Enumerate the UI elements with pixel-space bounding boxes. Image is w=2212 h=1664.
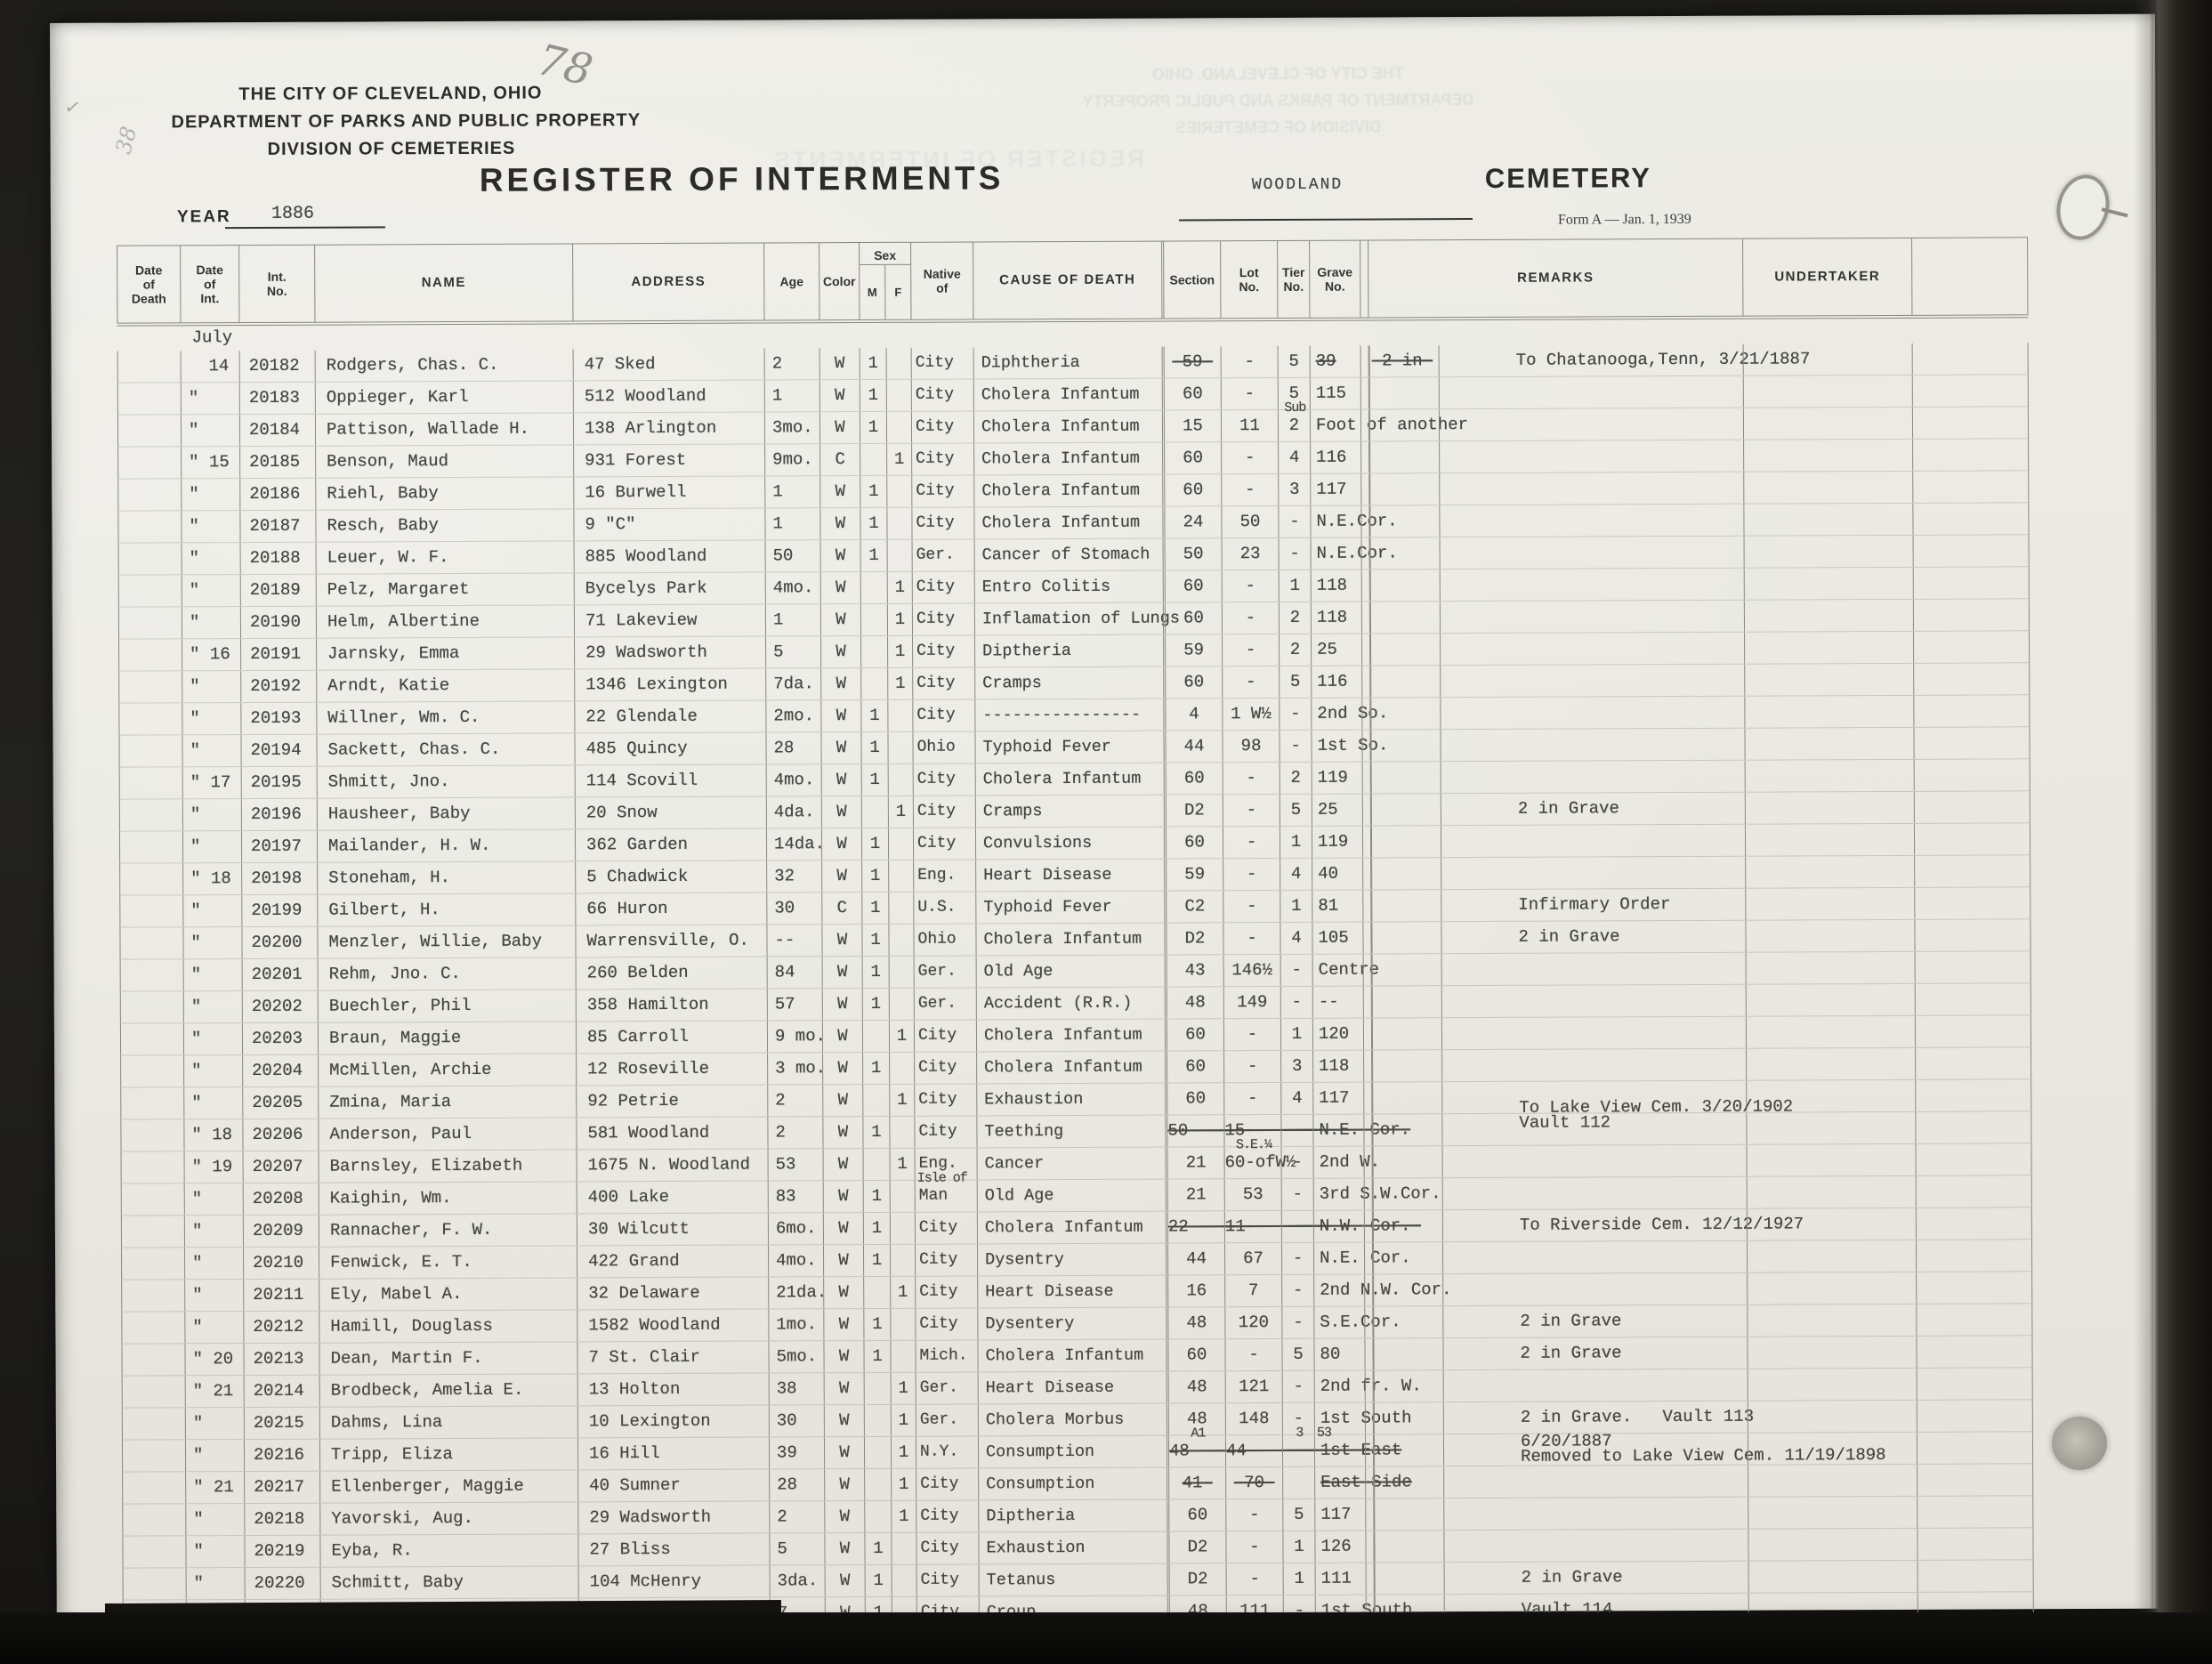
cell-tier-no: - xyxy=(1278,506,1310,537)
cell-cause-of-death: Heart Disease xyxy=(975,860,1164,892)
cell-native-of: City xyxy=(916,1500,978,1531)
cell-cause-of-death: Diphtheria xyxy=(973,347,1162,379)
cell-age: 28 xyxy=(765,732,820,763)
cell-date-of-death xyxy=(119,671,182,702)
cell-grave-no: 118 xyxy=(1311,570,1361,602)
cell-tier-no: 2 xyxy=(1279,634,1311,666)
cell-undertaker xyxy=(1748,1433,1917,1465)
cell-date-of-int: " xyxy=(183,1023,242,1054)
cell-gap xyxy=(1362,763,1371,794)
cell-grave-no: 2nd N.W. Cor. xyxy=(1313,1275,1364,1306)
cell-section: 60 xyxy=(1162,378,1221,409)
cell-sex-f: 1 xyxy=(889,1085,914,1116)
cell-name: Buechler, Phil xyxy=(318,990,576,1022)
cell-sex-f xyxy=(886,508,911,539)
cell-remarks xyxy=(1440,537,1744,569)
cell-sex-f xyxy=(889,989,914,1020)
cell-name: Leuer, W. F. xyxy=(316,541,574,573)
cell-native-of: U.S. xyxy=(913,892,975,923)
cell-lot-no: - xyxy=(1222,634,1279,666)
cell-age: 30 xyxy=(769,1405,824,1436)
cell-sex-m xyxy=(860,572,887,603)
cell-grave-no: 118 xyxy=(1311,602,1361,634)
cell-extra xyxy=(1916,1336,2033,1368)
cell-color: W xyxy=(824,1469,864,1500)
cell-grave-no: -- xyxy=(1312,987,1363,1018)
cell-native-of: City xyxy=(916,1564,979,1595)
cell-int-no: 20185 xyxy=(239,447,315,478)
cell-sex-m: 1 xyxy=(862,1117,889,1148)
cell-lot-no: 44------- xyxy=(1225,1435,1282,1466)
col-header-section: Section xyxy=(1161,241,1220,318)
cell-sex-f xyxy=(890,1213,915,1244)
cell-sex-m: 1 xyxy=(861,893,888,924)
cell-age: 1mo. xyxy=(768,1309,823,1340)
cell-tier-no: - xyxy=(1279,731,1311,762)
cell-extra xyxy=(1917,1432,2034,1464)
cell-sex-f xyxy=(886,412,911,443)
cell-gap xyxy=(1363,1115,1372,1146)
cell-tier-no: 2 xyxy=(1279,602,1311,634)
cemetery-label: CEMETERY xyxy=(1485,162,1651,195)
cell-date-of-death xyxy=(120,927,182,958)
cell-name: Hausheer, Baby xyxy=(317,797,575,829)
cell-lot-no: - xyxy=(1223,1051,1280,1082)
cell-remarks xyxy=(1439,408,1743,440)
cell-color: W xyxy=(821,796,861,828)
cell-sex-f: 1 xyxy=(890,1149,915,1180)
cell-native-of: City xyxy=(912,571,974,602)
cell-undertaker xyxy=(1748,1497,1917,1529)
cell-age: 2mo. xyxy=(765,700,820,731)
cell-extra xyxy=(1914,759,2031,791)
cell-undertaker xyxy=(1746,984,1915,1016)
cell-date-of-death xyxy=(121,991,183,1022)
cell-date-of-int: " 18 xyxy=(182,863,241,894)
cell-address: 260 Belden xyxy=(576,957,767,989)
cell-undertaker xyxy=(1748,1465,1917,1497)
cell-age: 83 xyxy=(768,1181,823,1212)
cell-sex-f xyxy=(887,700,912,731)
cell-int-no: 20216 xyxy=(244,1440,319,1471)
cell-extra xyxy=(1916,1208,2033,1240)
cell-undertaker xyxy=(1748,1369,1917,1401)
cell-int-no: 20195 xyxy=(241,767,317,798)
cell-gap xyxy=(1365,1467,1374,1498)
cell-age: 4mo. xyxy=(768,1245,823,1276)
cell-sex-f: 1 xyxy=(891,1501,916,1532)
cell-sex-m xyxy=(863,1149,890,1180)
cell-cause-of-death: Typhoid Fever xyxy=(975,892,1164,924)
cell-native-of: Ohio xyxy=(913,924,975,955)
cell-remarks xyxy=(1441,985,1746,1017)
cell-gap xyxy=(1360,346,1369,377)
cell-extra xyxy=(1915,1111,2032,1143)
cell-int-no: 20189 xyxy=(240,575,316,606)
cell-date-of-int: " xyxy=(183,959,242,990)
cell-section: 15 xyxy=(1162,410,1221,441)
cell-native-of: City xyxy=(915,1212,977,1243)
cell-age: 5 xyxy=(765,636,820,667)
cell-color: W xyxy=(824,1437,864,1468)
cell-extra xyxy=(1912,503,2030,535)
cell-extra xyxy=(1913,727,2030,759)
cell-remarks: 2 in Grave xyxy=(1441,921,1745,953)
cell-gap xyxy=(1365,1531,1374,1563)
cell-native-of: Ger. xyxy=(916,1404,978,1435)
cell-address: 358 Hamilton xyxy=(576,989,767,1021)
cell-undertaker xyxy=(1747,1176,1916,1208)
cell-color: W xyxy=(824,1501,864,1532)
cell-tier-no: 1 xyxy=(1280,1019,1312,1050)
cell-undertaker xyxy=(1745,792,1914,824)
cell-lot-no: -70- xyxy=(1225,1467,1282,1498)
cell-tier-no: - xyxy=(1281,1307,1313,1338)
cell-sex-f xyxy=(887,540,912,571)
cell-address: 29 Wadsworth xyxy=(577,1501,769,1533)
cell-color: W xyxy=(819,508,860,539)
cell-cause-of-death: Cholera Infantum xyxy=(973,379,1162,411)
cell-grave-no: 25 xyxy=(1311,634,1361,666)
cell-gap xyxy=(1360,410,1369,441)
cell-color: W xyxy=(820,636,860,667)
cell-section: 16 xyxy=(1166,1275,1224,1306)
cell-gap xyxy=(1361,731,1370,762)
cell-gap-note xyxy=(1374,1531,1443,1562)
cell-cause-of-death: Cholera Infantum xyxy=(973,411,1162,443)
cell-age: 2 xyxy=(767,1085,822,1116)
col-header-address: ADDRESS xyxy=(572,244,763,321)
cell-grave-no: 3rd S.W.Cor. xyxy=(1313,1179,1364,1210)
cell-section: 4 xyxy=(1163,699,1222,730)
cell-sex-f xyxy=(888,764,913,796)
cell-section: C2 xyxy=(1164,891,1223,922)
cell-date-of-int: 14 xyxy=(181,351,239,382)
cell-int-no: 20207 xyxy=(243,1151,319,1183)
cell-gap-note xyxy=(1373,1306,1442,1337)
cell-date-of-death xyxy=(121,1087,183,1119)
cell-sex-m: 1 xyxy=(860,348,886,379)
cell-sex-f: 1 xyxy=(887,668,912,699)
cell-grave-no: N.E.Cor. xyxy=(1311,538,1361,569)
cell-int-no: 20200 xyxy=(241,927,317,958)
cell-address: 5 Chadwick xyxy=(575,860,766,893)
cell-tier-no: - xyxy=(1281,1243,1313,1274)
cell-gap xyxy=(1363,1019,1372,1050)
cell-date-of-int: " 15 xyxy=(181,447,239,478)
cell-undertaker xyxy=(1748,1401,1917,1433)
cell-gap-note xyxy=(1370,666,1440,697)
cell-date-of-death xyxy=(121,959,183,990)
cell-remarks xyxy=(1440,633,1744,665)
cell-undertaker xyxy=(1744,664,1913,696)
cell-extra xyxy=(1913,535,2030,567)
cell-int-no: 20214 xyxy=(244,1376,319,1407)
cell-int-no: 20202 xyxy=(242,991,318,1022)
cell-int-no: 20215 xyxy=(244,1408,319,1439)
cell-section: 60 xyxy=(1163,570,1222,602)
cell-int-no: 20196 xyxy=(241,799,317,830)
cell-color: W xyxy=(823,1149,863,1180)
cell-extra xyxy=(1915,1079,2032,1111)
cell-sex-m: 1 xyxy=(862,989,889,1020)
cell-address: 47 Sked xyxy=(573,349,764,381)
cell-undertaker xyxy=(1746,1048,1915,1080)
cell-section: D2 xyxy=(1167,1563,1226,1595)
cell-age: 2 xyxy=(769,1501,824,1532)
cell-native-of: City xyxy=(911,411,973,442)
cell-native-of: City xyxy=(911,507,973,538)
cell-age: 3mo. xyxy=(764,412,819,443)
cell-tier-no: 5 xyxy=(1282,1499,1314,1531)
cell-grave-no: Foot of another xyxy=(1310,410,1360,441)
cell-address: 581 Woodland xyxy=(576,1117,767,1149)
cell-date-of-death xyxy=(118,511,181,542)
cell-undertaker xyxy=(1744,536,1913,568)
cell-address: 66 Huron xyxy=(575,893,766,925)
cell-grave-no: 105 xyxy=(1312,923,1362,954)
cell-sex-f: 1 xyxy=(891,1437,916,1468)
cell-gap xyxy=(1362,859,1371,890)
cell-gap xyxy=(1365,1435,1374,1466)
ledger-page: THE CITY OF CLEVELAND, OHIO DEPARTMENT O… xyxy=(50,14,2162,1618)
cell-sex-f xyxy=(888,860,913,892)
cell-grave-no: 126 xyxy=(1314,1531,1365,1563)
cell-sex-m: 1 xyxy=(863,1309,890,1340)
cell-address: 9 "C" xyxy=(573,508,764,540)
cell-section: 21 xyxy=(1166,1179,1224,1210)
table-body: July 1420182Rodgers, Chas. C.47 Sked2W1C… xyxy=(117,314,2033,1632)
cell-sex-m xyxy=(860,604,887,635)
cell-address: 32 Delaware xyxy=(577,1277,768,1309)
cell-tier-no: 1 xyxy=(1280,827,1312,858)
cell-sex-f: 1 xyxy=(886,444,911,475)
col-header-undertaker: UNDERTAKER xyxy=(1742,238,1911,316)
cell-remarks xyxy=(1442,1145,1747,1177)
cell-remarks xyxy=(1442,1241,1747,1273)
cell-color: W xyxy=(824,1373,864,1404)
cell-date-of-int: " xyxy=(185,1440,244,1471)
cell-native-of: City xyxy=(915,1308,977,1339)
cell-age: 1 xyxy=(764,380,819,411)
cell-section: 60 xyxy=(1162,442,1221,473)
cell-undertaker xyxy=(1748,1561,1917,1593)
cell-gap xyxy=(1364,1275,1373,1306)
month-label: July xyxy=(191,327,232,347)
cell-undertaker xyxy=(1746,1112,1915,1144)
cell-cause-of-death: Tetanus xyxy=(979,1564,1167,1596)
cell-native-of: City xyxy=(916,1532,978,1563)
cell-date-of-int: " xyxy=(182,799,241,830)
cell-age: 7da. xyxy=(765,668,820,699)
cell-tier-no xyxy=(1282,1467,1314,1498)
cell-date-of-death xyxy=(119,607,182,638)
cell-age: 84 xyxy=(767,957,822,988)
cell-lot-no: 50 xyxy=(1221,506,1278,537)
cell-native-of: Mich. xyxy=(915,1340,977,1371)
cell-date-of-death xyxy=(122,1312,184,1343)
cell-remarks xyxy=(1441,825,1745,857)
cell-grave-no: N.E. Cor. xyxy=(1313,1243,1364,1274)
cell-color: W xyxy=(820,572,860,603)
cell-tier-no: 5 xyxy=(1278,346,1310,377)
cell-int-no: 20182 xyxy=(239,351,315,382)
cell-remarks xyxy=(1441,857,1745,889)
cell-gap xyxy=(1363,1051,1372,1082)
cell-gap xyxy=(1360,442,1369,473)
cell-extra xyxy=(1917,1560,2035,1592)
cell-sex-m: 1 xyxy=(860,732,887,763)
cell-extra xyxy=(1916,1304,2033,1336)
cell-cause-of-death: Diptheria xyxy=(974,635,1163,667)
cell-extra xyxy=(1915,1047,2032,1079)
cell-tier-no: 1 xyxy=(1283,1563,1315,1595)
col-header-sex: Sex M F xyxy=(859,243,910,319)
cell-sex-f xyxy=(888,893,913,924)
cell-sex-f xyxy=(890,1181,915,1212)
cell-date-of-int: " xyxy=(182,895,241,926)
cell-lot-no: 23 xyxy=(1222,538,1279,569)
cell-lot-no: 120 xyxy=(1224,1307,1281,1338)
cell-extra xyxy=(1917,1528,2034,1560)
cell-sex-m: 1 xyxy=(860,380,886,411)
cell-gap-note xyxy=(1373,1210,1442,1241)
cell-extra xyxy=(1912,439,2030,471)
cell-section: A148---- xyxy=(1167,1435,1225,1466)
cell-name: Mailander, H. W. xyxy=(317,829,575,861)
cell-sex-f xyxy=(890,1245,915,1276)
cell-remarks: 2 in Grave xyxy=(1444,1562,1748,1594)
cell-tier-no: - xyxy=(1279,699,1311,730)
cell-cause-of-death: Teething xyxy=(976,1116,1165,1148)
cell-age: 4da. xyxy=(766,796,821,828)
cell-age: 6mo. xyxy=(768,1213,823,1244)
cell-undertaker xyxy=(1747,1337,1916,1369)
cell-age: 50 xyxy=(765,540,820,571)
cell-undertaker xyxy=(1748,1529,1917,1561)
cell-color: W xyxy=(819,412,860,443)
cell-section: 60 xyxy=(1166,1339,1224,1370)
cell-date-of-int: " xyxy=(182,703,240,734)
cell-remarks xyxy=(1441,1017,1746,1049)
form-note: Form A — Jan. 1, 1939 xyxy=(1558,212,1691,229)
cell-age: 2 xyxy=(764,348,819,379)
cell-native-of: Eng. xyxy=(913,860,975,891)
cell-sex-f xyxy=(890,1309,915,1340)
cell-undertaker xyxy=(1747,1272,1916,1305)
cell-int-no: 20186 xyxy=(239,479,315,510)
cell-date-of-death xyxy=(118,415,181,446)
cell-date-of-int: " 16 xyxy=(182,639,240,670)
cell-int-no: 20205 xyxy=(242,1087,318,1119)
cell-cause-of-death: Cholera Infantum xyxy=(975,763,1164,796)
cell-sex-m xyxy=(863,1277,890,1308)
cell-lot-no: - xyxy=(1222,666,1279,698)
cell-gap xyxy=(1365,1499,1374,1531)
cell-grave-no: N.W.-Cor.- xyxy=(1313,1211,1364,1242)
cell-lot-no: - xyxy=(1223,763,1280,794)
cell-address: 16 Hill xyxy=(577,1437,769,1469)
cell-gap-note xyxy=(1371,826,1441,857)
cell-date-of-int: " xyxy=(183,991,242,1022)
cell-remarks: 2 in Grave xyxy=(1442,1337,1747,1369)
cell-name: Rodgers, Chas. C. xyxy=(315,349,573,381)
cell-extra xyxy=(1914,855,2031,887)
cell-name: Anderson, Paul xyxy=(318,1118,576,1150)
cell-native-of: City xyxy=(913,796,975,827)
cell-cause-of-death: Cramps xyxy=(974,667,1163,699)
cell-age: 9mo. xyxy=(764,444,819,475)
cell-gap xyxy=(1361,634,1370,666)
cell-extra xyxy=(1912,375,2030,407)
cell-undertaker xyxy=(1744,632,1913,664)
cell-name: Ely, Mabel A. xyxy=(319,1278,577,1310)
cell-name: Yavorski, Aug. xyxy=(319,1502,577,1534)
cell-extra xyxy=(1914,919,2031,951)
cell-grave-no: N.E.-Cor. xyxy=(1312,1115,1363,1146)
cell-sex-m: 1 xyxy=(863,1341,890,1372)
cell-date-of-death xyxy=(124,1568,186,1599)
cell-tier-no: - xyxy=(1281,1179,1313,1210)
cell-extra xyxy=(1914,887,2031,919)
cell-extra xyxy=(1913,695,2030,727)
org-division: DIVISION OF CEMETERIES xyxy=(268,139,516,160)
cell-grave-no: 40 xyxy=(1312,859,1362,890)
cell-name: Zmina, Maria xyxy=(318,1086,576,1118)
cell-native-of: City xyxy=(911,347,973,378)
cell-age: 2 xyxy=(767,1117,822,1148)
cell-cause-of-death: Cancer of Stomach xyxy=(974,539,1163,571)
cell-color: W xyxy=(824,1533,864,1564)
cell-native-of: Ger. xyxy=(914,988,976,1019)
cell-address: 30 Wilcutt xyxy=(577,1213,768,1245)
cell-grave-no: 117 xyxy=(1312,1083,1363,1114)
cell-gap-note xyxy=(1369,377,1439,408)
cell-date-of-int: " xyxy=(182,543,240,574)
cell-color: W xyxy=(820,604,860,635)
cell-extra xyxy=(1917,1368,2034,1400)
cell-sex-m xyxy=(862,1085,889,1116)
cell-native-of: City xyxy=(914,1020,976,1051)
cell-gap-note xyxy=(1369,505,1439,537)
cell-gap xyxy=(1361,538,1370,569)
cell-int-no: 20201 xyxy=(242,959,318,990)
cell-tier-no: 1 xyxy=(1279,570,1311,602)
col-header-date-of-death: Date of Death xyxy=(117,246,180,322)
cell-name: Fenwick, E. T. xyxy=(319,1246,577,1278)
cell-remarks: 2 in Grave xyxy=(1442,1305,1747,1337)
cell-gap-note xyxy=(1371,922,1441,953)
cell-name: Eyba, R. xyxy=(319,1534,577,1566)
cell-grave-no: 120 xyxy=(1312,1019,1363,1050)
cell-name: Rannacher, F. W. xyxy=(319,1214,577,1246)
cell-sex-m xyxy=(860,636,887,667)
cell-section: 60 xyxy=(1163,602,1222,634)
cell-address: 931 Forest xyxy=(573,445,764,477)
cell-date-of-int: " xyxy=(182,671,240,702)
cell-grave-no: 81 xyxy=(1312,891,1362,922)
cell-undertaker xyxy=(1747,1144,1916,1176)
cell-native-of: Ger. xyxy=(914,956,976,987)
cell-date-of-int: " xyxy=(184,1312,243,1343)
cell-color: W xyxy=(819,348,860,379)
cell-native-of: City xyxy=(912,667,974,699)
cell-remarks xyxy=(1439,376,1743,408)
cell-remarks xyxy=(1442,1177,1747,1209)
cell-gap-note xyxy=(1373,1274,1442,1305)
cell-undertaker xyxy=(1747,1305,1916,1337)
cell-remarks: 2 in Grave. Vault 113 xyxy=(1443,1401,1748,1434)
